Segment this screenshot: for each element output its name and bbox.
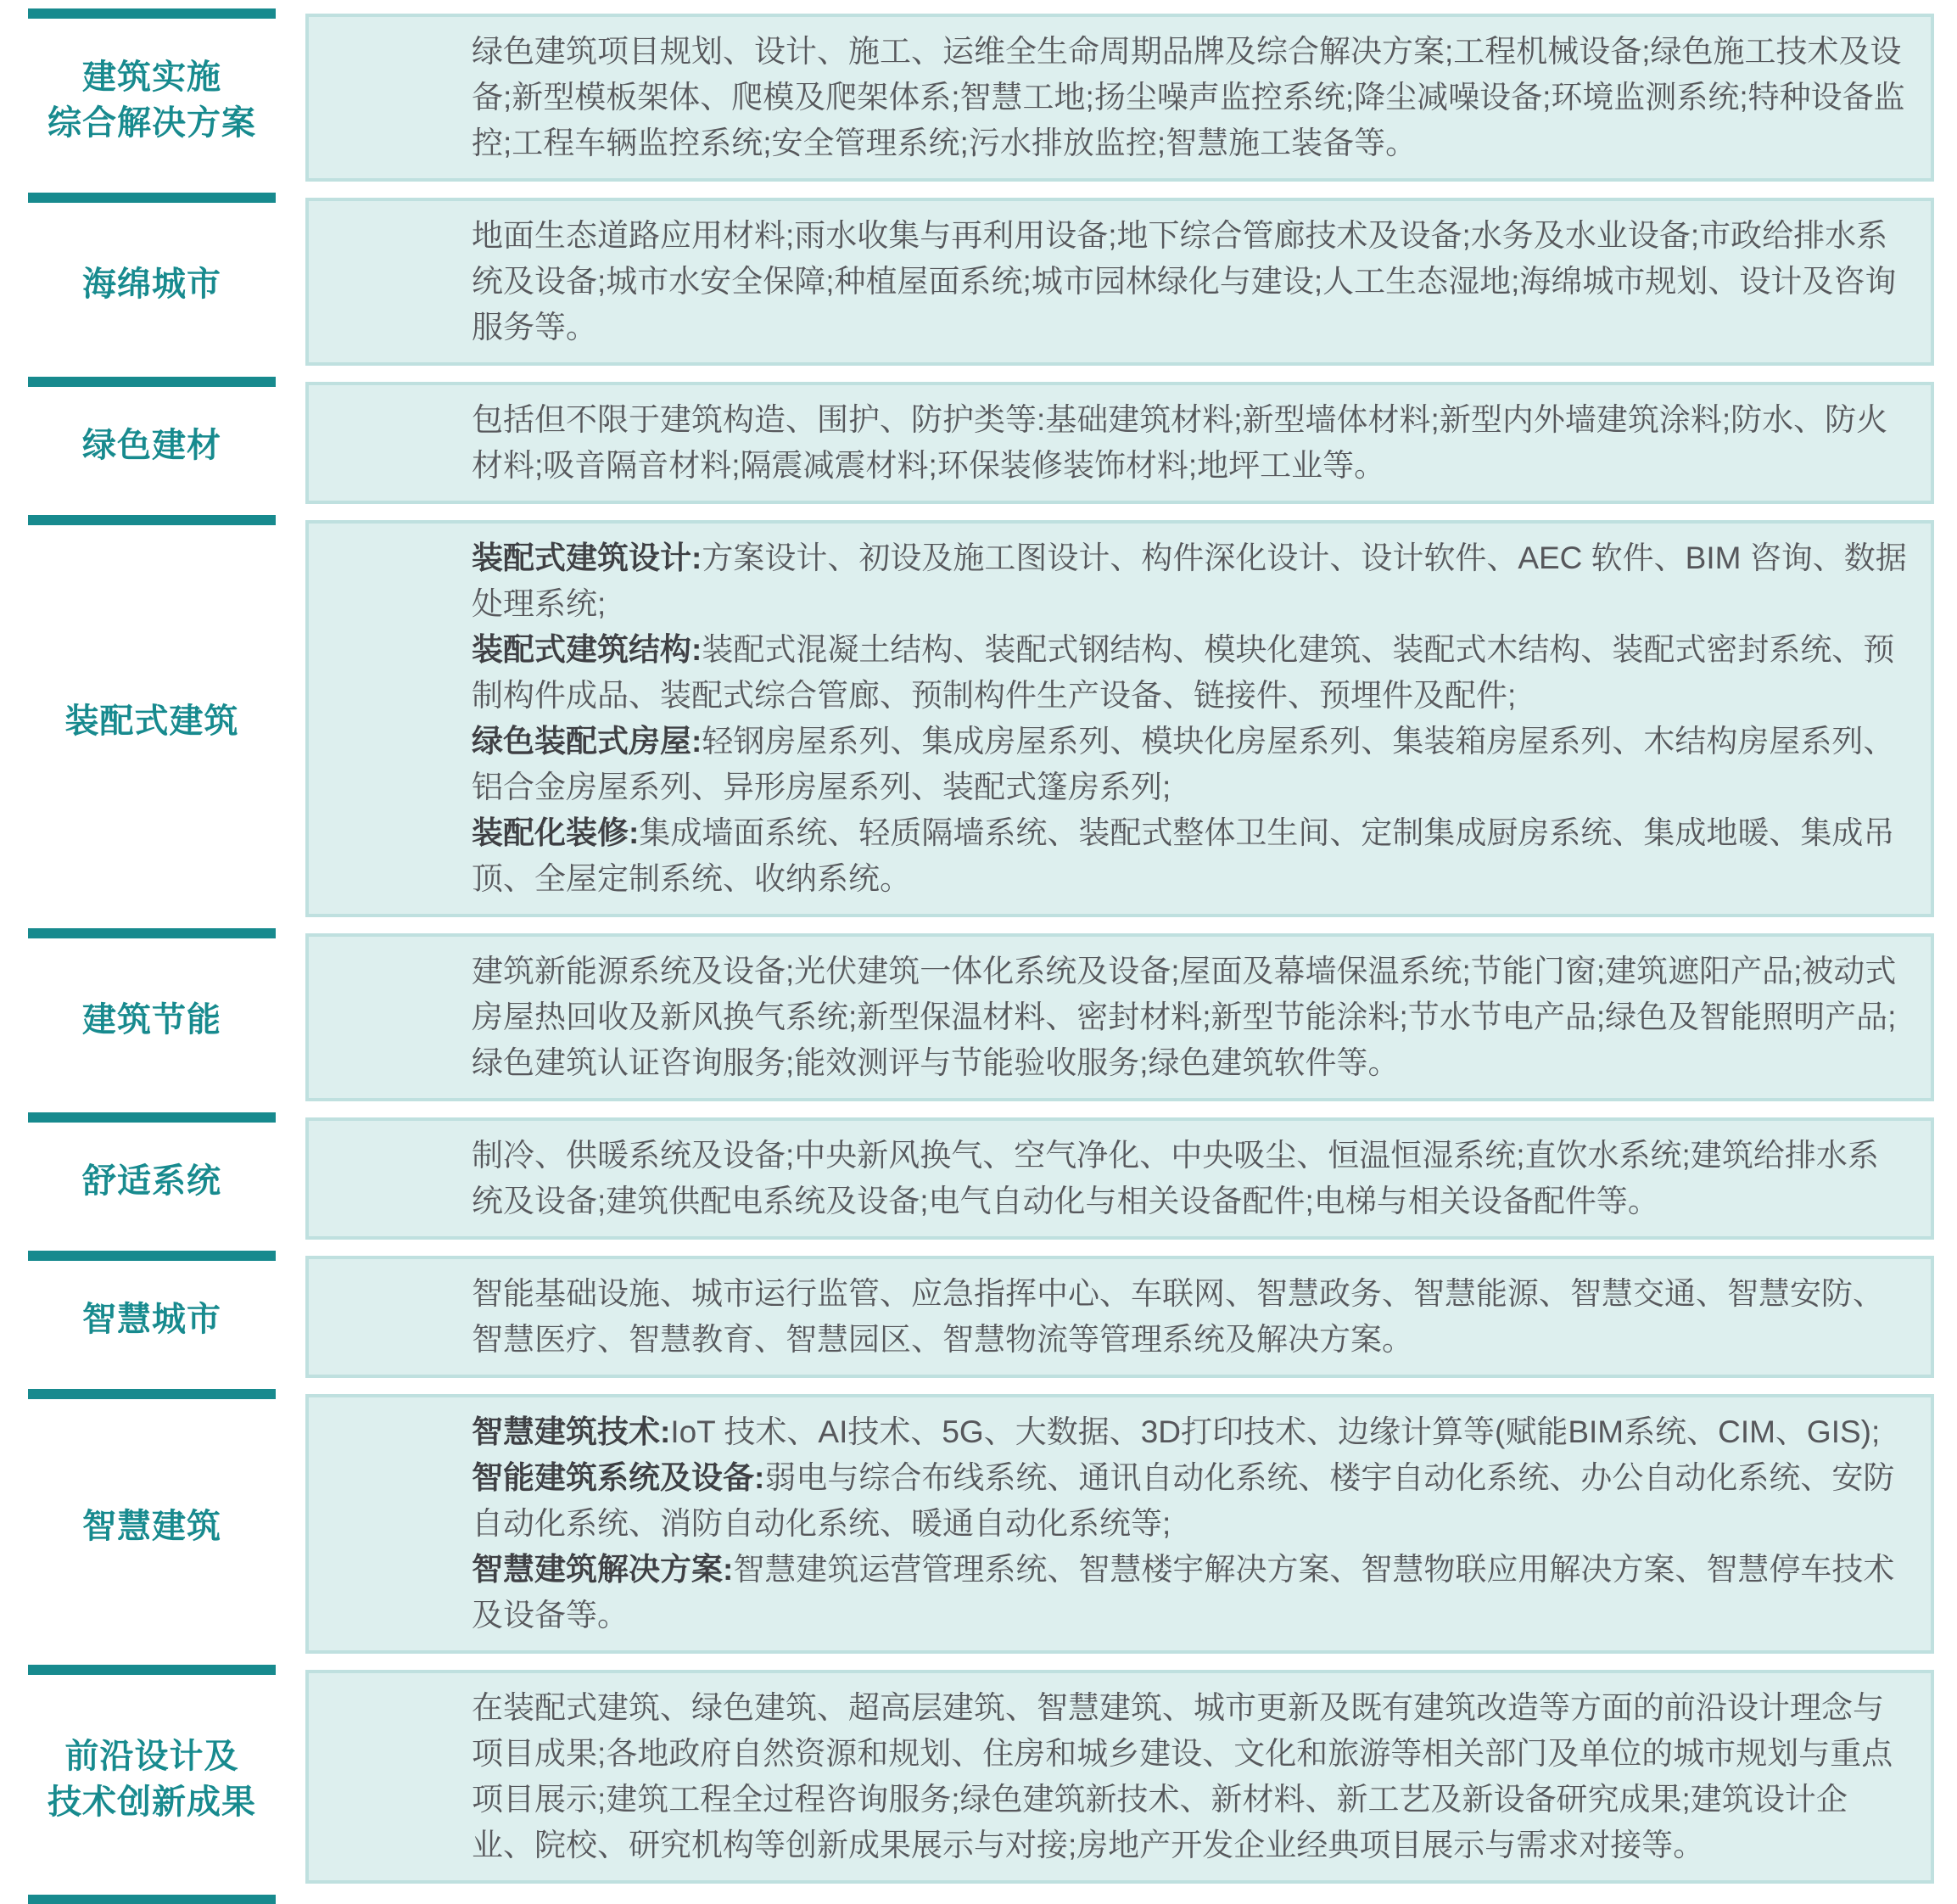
category-title: 绿色建材 (28, 387, 276, 504)
description-paragraph: 智能建筑系统及设备:弱电与综合布线系统、通讯自动化系统、楼宇自动化系统、办公自动… (472, 1455, 1909, 1547)
category-description-box: 制冷、供暖系统及设备;中央新风换气、空气净化、中央吸尘、恒温恒湿系统;直饮水系统… (305, 1117, 1934, 1240)
description-text: 绿色建筑项目规划、设计、施工、运维全生命周期品牌及综合解决方案;工程机械设备;绿… (472, 34, 1905, 160)
description-text: IoT 技术、AI技术、5G、大数据、3D打印技术、边缘计算等(赋能BIM系统、… (670, 1414, 1880, 1449)
category-title: 智慧城市 (28, 1261, 276, 1378)
category-title: 智慧建筑 (28, 1399, 276, 1654)
category-title: 建筑实施 综合解决方案 (28, 19, 276, 182)
category-title-line: 综合解决方案 (48, 100, 256, 146)
category-title-line: 建筑实施 (82, 54, 221, 100)
category-title-line: 技术创新成果 (48, 1779, 256, 1825)
divider-bar (28, 1112, 276, 1123)
divider-bar (28, 1665, 276, 1675)
category-title: 海绵城市 (28, 203, 276, 366)
category-description-box: 绿色建筑项目规划、设计、施工、运维全生命周期品牌及综合解决方案;工程机械设备;绿… (305, 14, 1934, 182)
category-label-block: 建筑实施 综合解决方案 (28, 8, 276, 182)
divider-bar (28, 515, 276, 525)
category-title-line: 智慧城市 (82, 1296, 221, 1342)
description-paragraph: 绿色装配式房屋:轻钢房屋系列、集成房屋系列、模块化房屋系列、集装箱房屋系列、木结… (472, 719, 1909, 810)
category-title-line: 装配式建筑 (65, 698, 239, 744)
category-title-line: 海绵城市 (82, 261, 221, 307)
description-paragraph: 智慧建筑技术:IoT 技术、AI技术、5G、大数据、3D打印技术、边缘计算等(赋… (472, 1409, 1909, 1455)
category-title-line: 绿色建材 (82, 423, 221, 468)
description-paragraph: 绿色建筑项目规划、设计、施工、运维全生命周期品牌及综合解决方案;工程机械设备;绿… (472, 29, 1909, 166)
description-text: 建筑新能源系统及设备;光伏建筑一体化系统及设备;屋面及幕墙保温系统;节能门窗;建… (472, 954, 1896, 1080)
description-lead: 装配式建筑结构: (472, 632, 702, 667)
category-row-sponge-city: 海绵城市 地面生态道路应用材料;雨水收集与再利用设备;地下综合管廊技术及设备;水… (28, 193, 1934, 366)
category-description-box: 智能基础设施、城市运行监管、应急指挥中心、车联网、智慧政务、智慧能源、智慧交通、… (305, 1256, 1934, 1378)
description-text: 智能基础设施、城市运行监管、应急指挥中心、车联网、智慧政务、智慧能源、智慧交通、… (472, 1276, 1884, 1357)
category-table: 建筑实施 综合解决方案 绿色建筑项目规划、设计、施工、运维全生命周期品牌及综合解… (0, 0, 1957, 1904)
description-paragraph: 地面生态道路应用材料;雨水收集与再利用设备;地下综合管廊技术及设备;水务及水业设… (472, 213, 1909, 350)
divider-bar (28, 1895, 276, 1904)
category-label-block: 智慧建筑 (28, 1389, 276, 1654)
category-title-line: 前沿设计及 (65, 1733, 239, 1779)
description-paragraph: 制冷、供暖系统及设备;中央新风换气、空气净化、中央吸尘、恒温恒湿系统;直饮水系统… (472, 1133, 1909, 1224)
category-label-block: 前沿设计及 技术创新成果 (28, 1665, 276, 1884)
category-label-block: 智慧城市 (28, 1251, 276, 1378)
category-row-frontier-design-innovation: 前沿设计及 技术创新成果 在装配式建筑、绿色建筑、超高层建筑、智慧建筑、城市更新… (28, 1665, 1934, 1884)
category-title: 舒适系统 (28, 1123, 276, 1240)
category-title-line: 舒适系统 (82, 1158, 221, 1204)
divider-bar (28, 8, 276, 19)
category-row-smart-city: 智慧城市 智能基础设施、城市运行监管、应急指挥中心、车联网、智慧政务、智慧能源、… (28, 1251, 1934, 1378)
divider-bar (28, 1389, 276, 1399)
category-title: 前沿设计及 技术创新成果 (28, 1675, 276, 1884)
category-row-prefabricated-building: 装配式建筑 装配式建筑设计:方案设计、初设及施工图设计、构件深化设计、设计软件、… (28, 515, 1934, 917)
divider-bar (28, 928, 276, 938)
closing-bar-holder (28, 1895, 276, 1904)
category-row-green-materials: 绿色建材 包括但不限于建筑构造、围护、防护类等:基础建筑材料;新型墙体材料;新型… (28, 377, 1934, 504)
description-paragraph: 装配化装修:集成墙面系统、轻质隔墙系统、装配式整体卫生间、定制集成厨房系统、集成… (472, 810, 1909, 902)
category-row-smart-building: 智慧建筑 智慧建筑技术:IoT 技术、AI技术、5G、大数据、3D打印技术、边缘… (28, 1389, 1934, 1654)
category-label-block: 建筑节能 (28, 928, 276, 1101)
category-row-building-implementation: 建筑实施 综合解决方案 绿色建筑项目规划、设计、施工、运维全生命周期品牌及综合解… (28, 8, 1934, 182)
category-description-box: 包括但不限于建筑构造、围护、防护类等:基础建筑材料;新型墙体材料;新型内外墙建筑… (305, 382, 1934, 504)
description-paragraph: 建筑新能源系统及设备;光伏建筑一体化系统及设备;屋面及幕墙保温系统;节能门窗;建… (472, 949, 1909, 1086)
divider-bar (28, 377, 276, 387)
category-title: 建筑节能 (28, 938, 276, 1101)
description-paragraph: 智慧建筑解决方案:智慧建筑运营管理系统、智慧楼宇解决方案、智慧物联应用解决方案、… (472, 1547, 1909, 1638)
category-label-block: 海绵城市 (28, 193, 276, 366)
category-description-box: 装配式建筑设计:方案设计、初设及施工图设计、构件深化设计、设计软件、AEC 软件… (305, 520, 1934, 917)
description-paragraph: 装配式建筑设计:方案设计、初设及施工图设计、构件深化设计、设计软件、AEC 软件… (472, 535, 1909, 627)
description-lead: 智慧建筑解决方案: (472, 1552, 733, 1587)
category-row-comfort-systems: 舒适系统 制冷、供暖系统及设备;中央新风换气、空气净化、中央吸尘、恒温恒湿系统;… (28, 1112, 1934, 1240)
description-paragraph: 在装配式建筑、绿色建筑、超高层建筑、智慧建筑、城市更新及既有建筑改造等方面的前沿… (472, 1685, 1909, 1868)
description-paragraph: 包括但不限于建筑构造、围护、防护类等:基础建筑材料;新型墙体材料;新型内外墙建筑… (472, 397, 1909, 489)
description-text: 在装配式建筑、绿色建筑、超高层建筑、智慧建筑、城市更新及既有建筑改造等方面的前沿… (472, 1690, 1893, 1862)
category-title: 装配式建筑 (28, 525, 276, 917)
description-lead: 智慧建筑技术: (472, 1414, 670, 1449)
category-label-block: 装配式建筑 (28, 515, 276, 917)
description-paragraph: 装配式建筑结构:装配式混凝土结构、装配式钢结构、模块化建筑、装配式木结构、装配式… (472, 627, 1909, 719)
description-text: 集成墙面系统、轻质隔墙系统、装配式整体卫生间、定制集成厨房系统、集成地暖、集成吊… (472, 815, 1894, 896)
divider-bar (28, 193, 276, 203)
description-lead: 装配式建筑设计: (472, 540, 702, 575)
divider-bar (28, 1251, 276, 1261)
category-description-box: 地面生态道路应用材料;雨水收集与再利用设备;地下综合管廊技术及设备;水务及水业设… (305, 198, 1934, 366)
category-description-box: 建筑新能源系统及设备;光伏建筑一体化系统及设备;屋面及幕墙保温系统;节能门窗;建… (305, 933, 1934, 1101)
description-text: 包括但不限于建筑构造、围护、防护类等:基础建筑材料;新型墙体材料;新型内外墙建筑… (472, 402, 1887, 483)
category-label-block: 舒适系统 (28, 1112, 276, 1240)
description-text: 制冷、供暖系统及设备;中央新风换气、空气净化、中央吸尘、恒温恒湿系统;直饮水系统… (472, 1138, 1879, 1218)
category-row-building-energy-saving: 建筑节能 建筑新能源系统及设备;光伏建筑一体化系统及设备;屋面及幕墙保温系统;节… (28, 928, 1934, 1101)
description-lead: 绿色装配式房屋: (472, 724, 702, 759)
category-description-box: 智慧建筑技术:IoT 技术、AI技术、5G、大数据、3D打印技术、边缘计算等(赋… (305, 1394, 1934, 1654)
category-label-block: 绿色建材 (28, 377, 276, 504)
description-lead: 装配化装修: (472, 815, 639, 850)
category-description-box: 在装配式建筑、绿色建筑、超高层建筑、智慧建筑、城市更新及既有建筑改造等方面的前沿… (305, 1670, 1934, 1884)
category-title-line: 建筑节能 (82, 997, 221, 1043)
description-text: 地面生态道路应用材料;雨水收集与再利用设备;地下综合管廊技术及设备;水务及水业设… (472, 218, 1896, 344)
description-lead: 智能建筑系统及设备: (472, 1460, 764, 1495)
category-title-line: 智慧建筑 (82, 1504, 221, 1549)
description-paragraph: 智能基础设施、城市运行监管、应急指挥中心、车联网、智慧政务、智慧能源、智慧交通、… (472, 1271, 1909, 1363)
